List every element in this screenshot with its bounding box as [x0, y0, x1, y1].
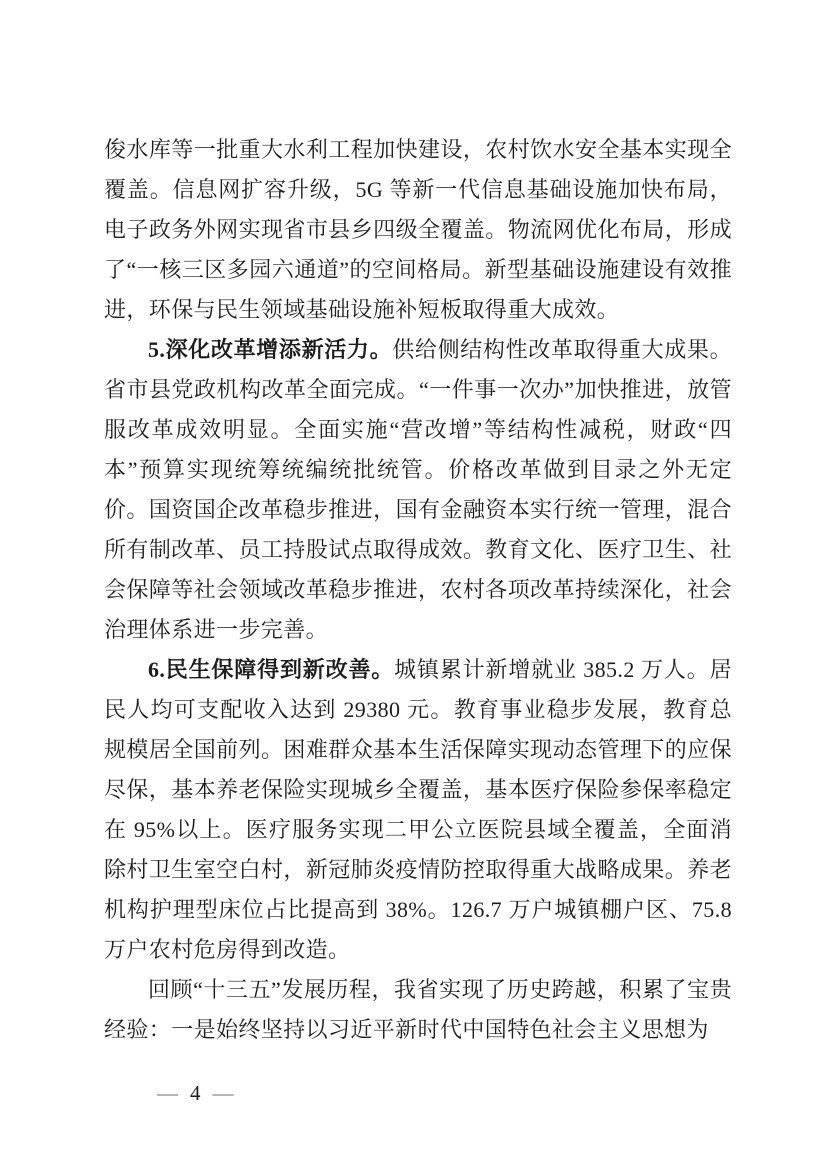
document-page: 俊水库等一批重大水利工程加快建设，农村饮水安全基本实现全覆盖。信息网扩容升级，5…: [0, 0, 827, 1169]
body-text-run: 俊水库等一批重大水利工程加快建设，农村饮水安全基本实现全覆盖。信息网扩容升级，5…: [104, 137, 732, 322]
numbered-heading-run: 6.民生保障得到新改善。: [148, 657, 394, 682]
paragraph: 6.民生保障得到新改善。城镇累计新增就业 385.2 万人。居民人均可支配收入达…: [104, 650, 732, 970]
page-number-value: 4: [190, 1081, 201, 1105]
paragraph: 回顾“十三五”发展历程，我省实现了历史跨越，积累了宝贵经验：一是始终坚持以习近平…: [104, 970, 732, 1050]
page-number-left-dash: —: [157, 1081, 178, 1105]
paragraph: 俊水库等一批重大水利工程加快建设，农村饮水安全基本实现全覆盖。信息网扩容升级，5…: [104, 130, 732, 330]
page-number: —4—: [136, 1048, 234, 1138]
document-body: 俊水库等一批重大水利工程加快建设，农村饮水安全基本实现全覆盖。信息网扩容升级，5…: [104, 130, 732, 1050]
body-text-run: 城镇累计新增就业 385.2 万人。居民人均可支配收入达到 29380 元。教育…: [104, 657, 732, 962]
page-number-right-dash: —: [213, 1081, 234, 1105]
body-text-run: 回顾“十三五”发展历程，我省实现了历史跨越，积累了宝贵经验：一是始终坚持以习近平…: [104, 977, 732, 1042]
body-text-run: 供给侧结构性改革取得重大成果。省市县党政机构改革全面完成。“一件事一次办”加快推…: [104, 337, 732, 642]
paragraph: 5.深化改革增添新活力。供给侧结构性改革取得重大成果。省市县党政机构改革全面完成…: [104, 330, 732, 650]
numbered-heading-run: 5.深化改革增添新活力。: [148, 337, 392, 362]
